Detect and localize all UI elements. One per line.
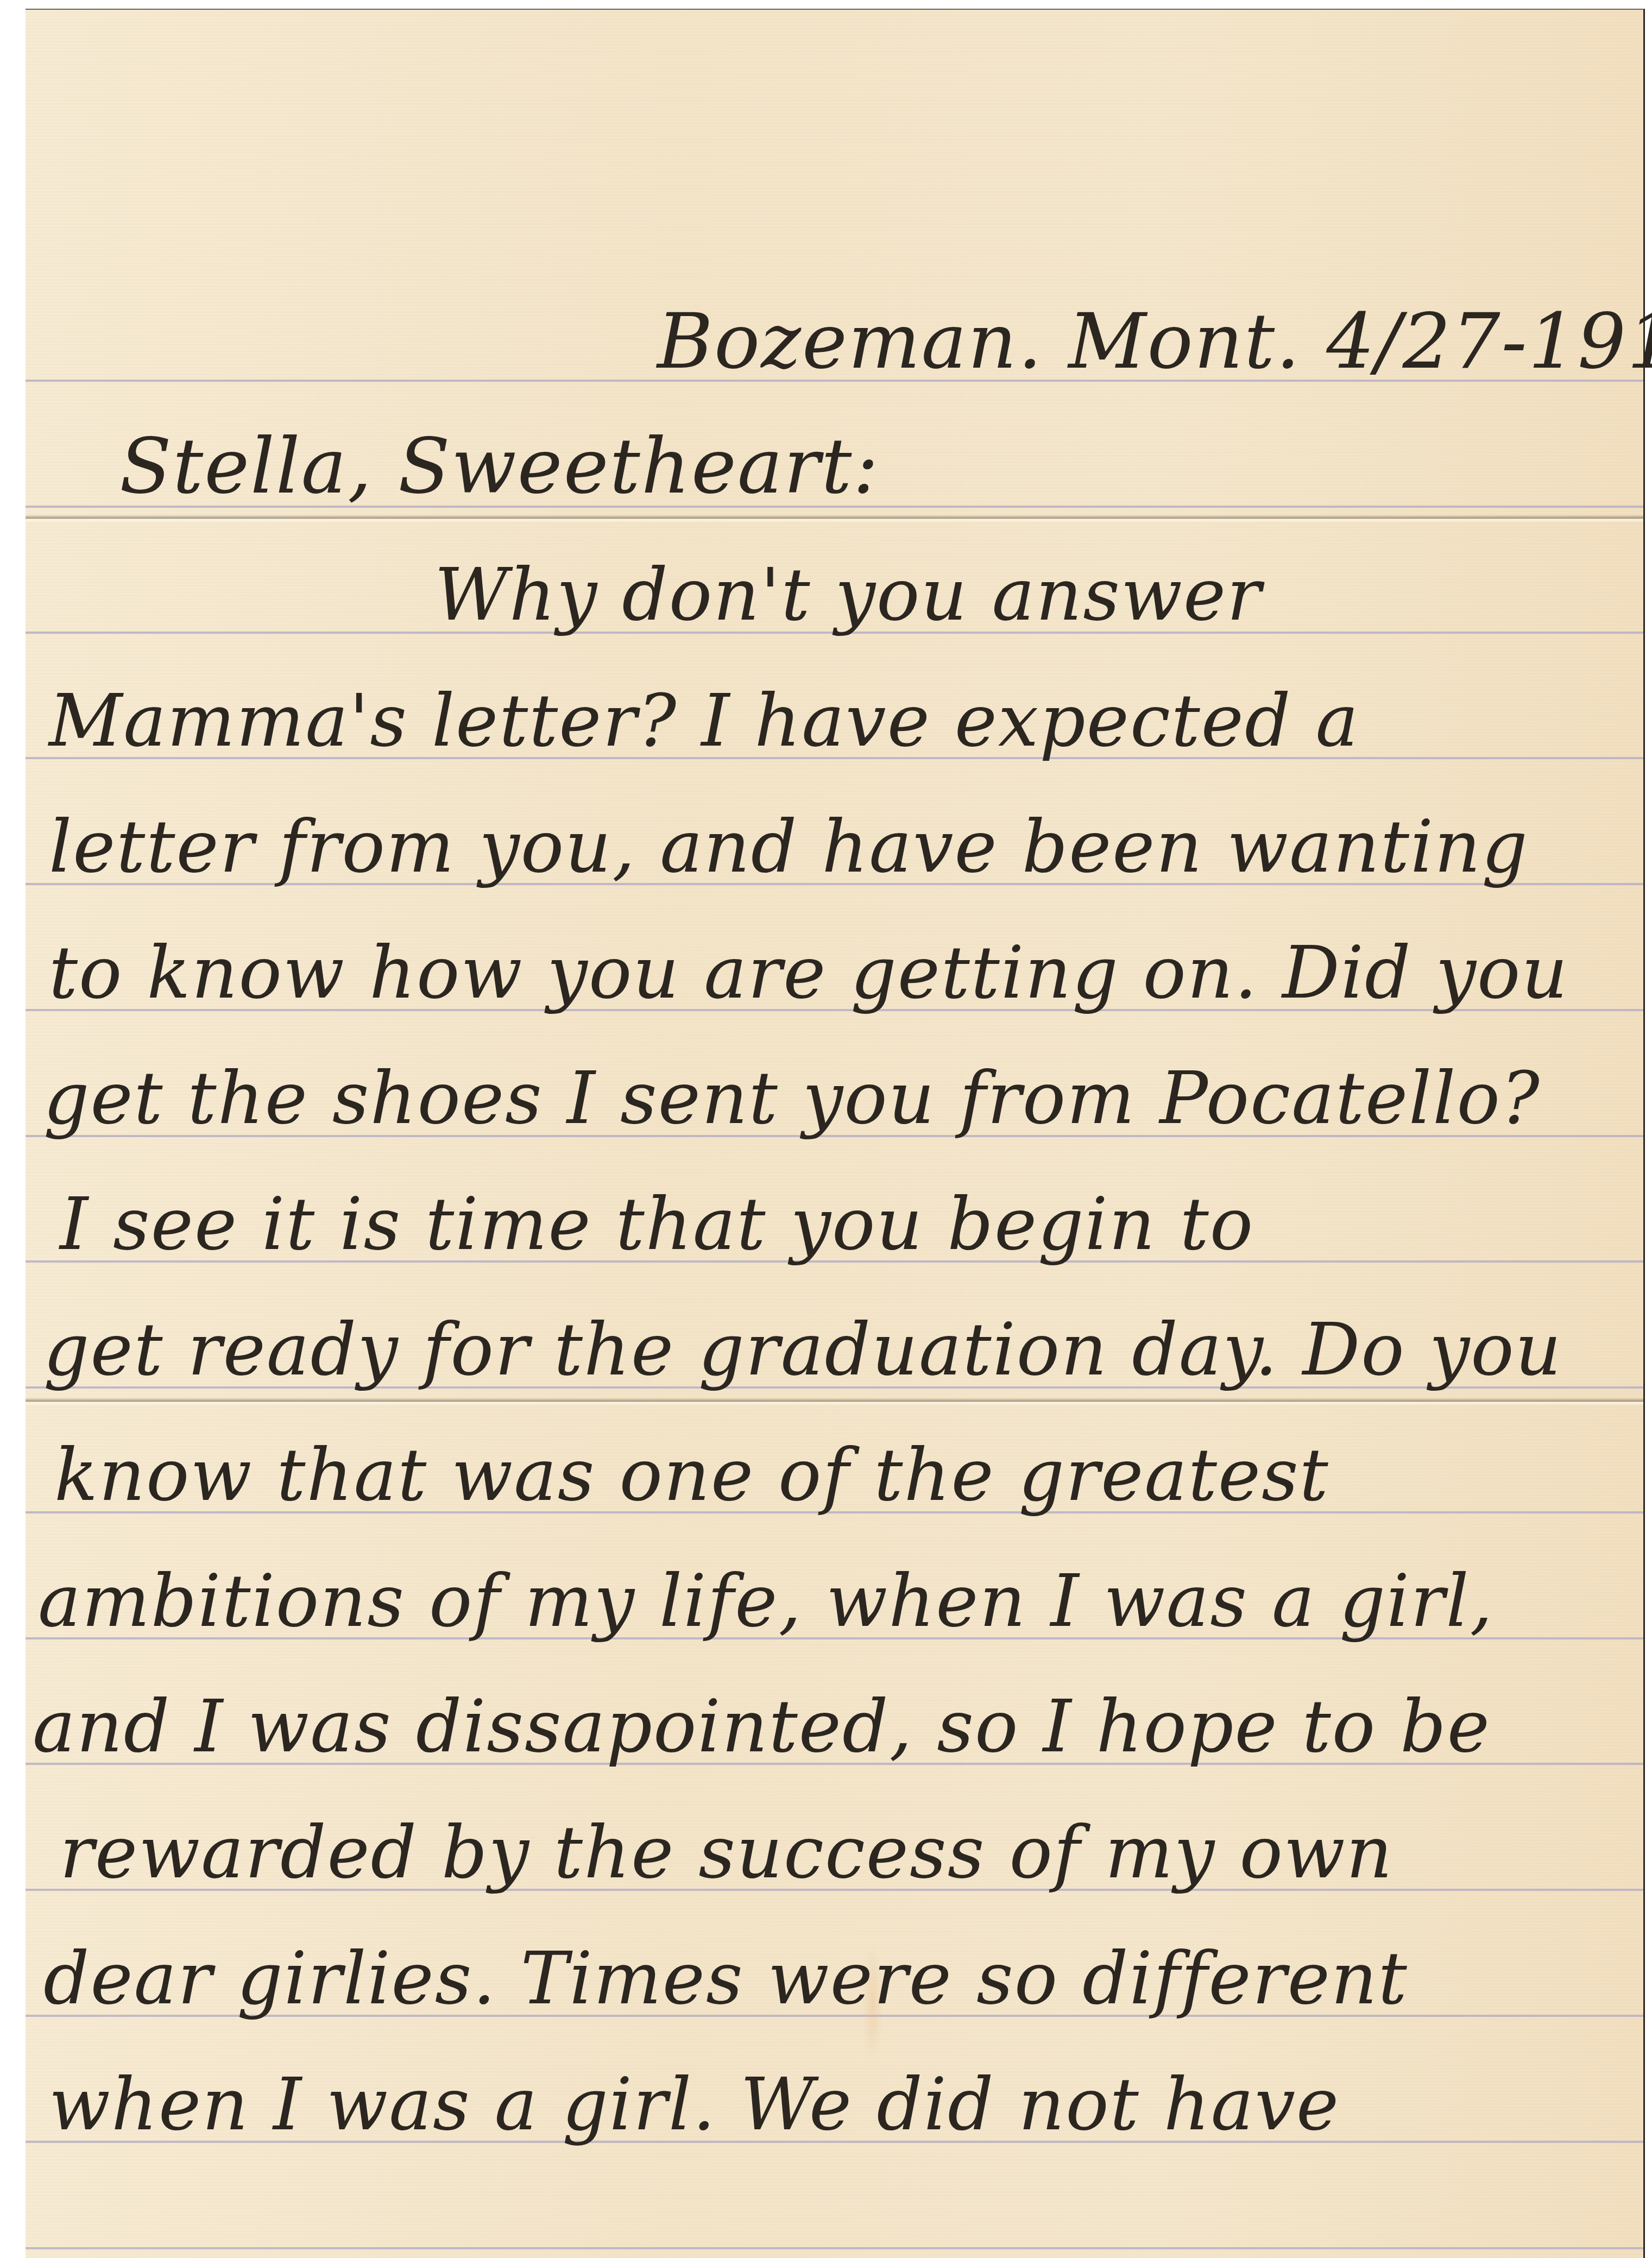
letter-line: get the shoes I sent you from Pocatello? <box>43 1063 1541 1134</box>
letter-line: ambitions of my life, when I was a girl, <box>38 1566 1494 1637</box>
letter-line: to know how you are getting on. Did you <box>49 937 1569 1009</box>
fold-crease <box>26 1398 1643 1405</box>
letter-line: Why don't you answer <box>434 559 1262 631</box>
letter-line: Mamma's letter? I have expected a <box>49 685 1359 757</box>
fold-crease <box>26 515 1643 522</box>
letter-line: rewarded by the success of my own <box>60 1817 1394 1889</box>
letter-dateline: Bozeman. Mont. 4/27-1914 <box>657 304 1652 380</box>
letter-salutation: Stella, Sweetheart: <box>119 429 880 505</box>
letter-line: know that was one of the greatest <box>54 1440 1329 1511</box>
letter-line: letter from you, and have been wanting <box>49 811 1529 883</box>
letter-line: dear girlies. Times were so different <box>43 1943 1408 2015</box>
letter-line: I see it is time that you begin to <box>60 1189 1254 1260</box>
letter-line: get ready for the graduation day. Do you <box>43 1314 1562 1386</box>
ruled-line <box>26 2247 1643 2249</box>
letter-line: when I was a girl. We did not have <box>49 2069 1340 2141</box>
letter-line: and I was dissapointed, so I hope to be <box>33 1691 1491 1763</box>
